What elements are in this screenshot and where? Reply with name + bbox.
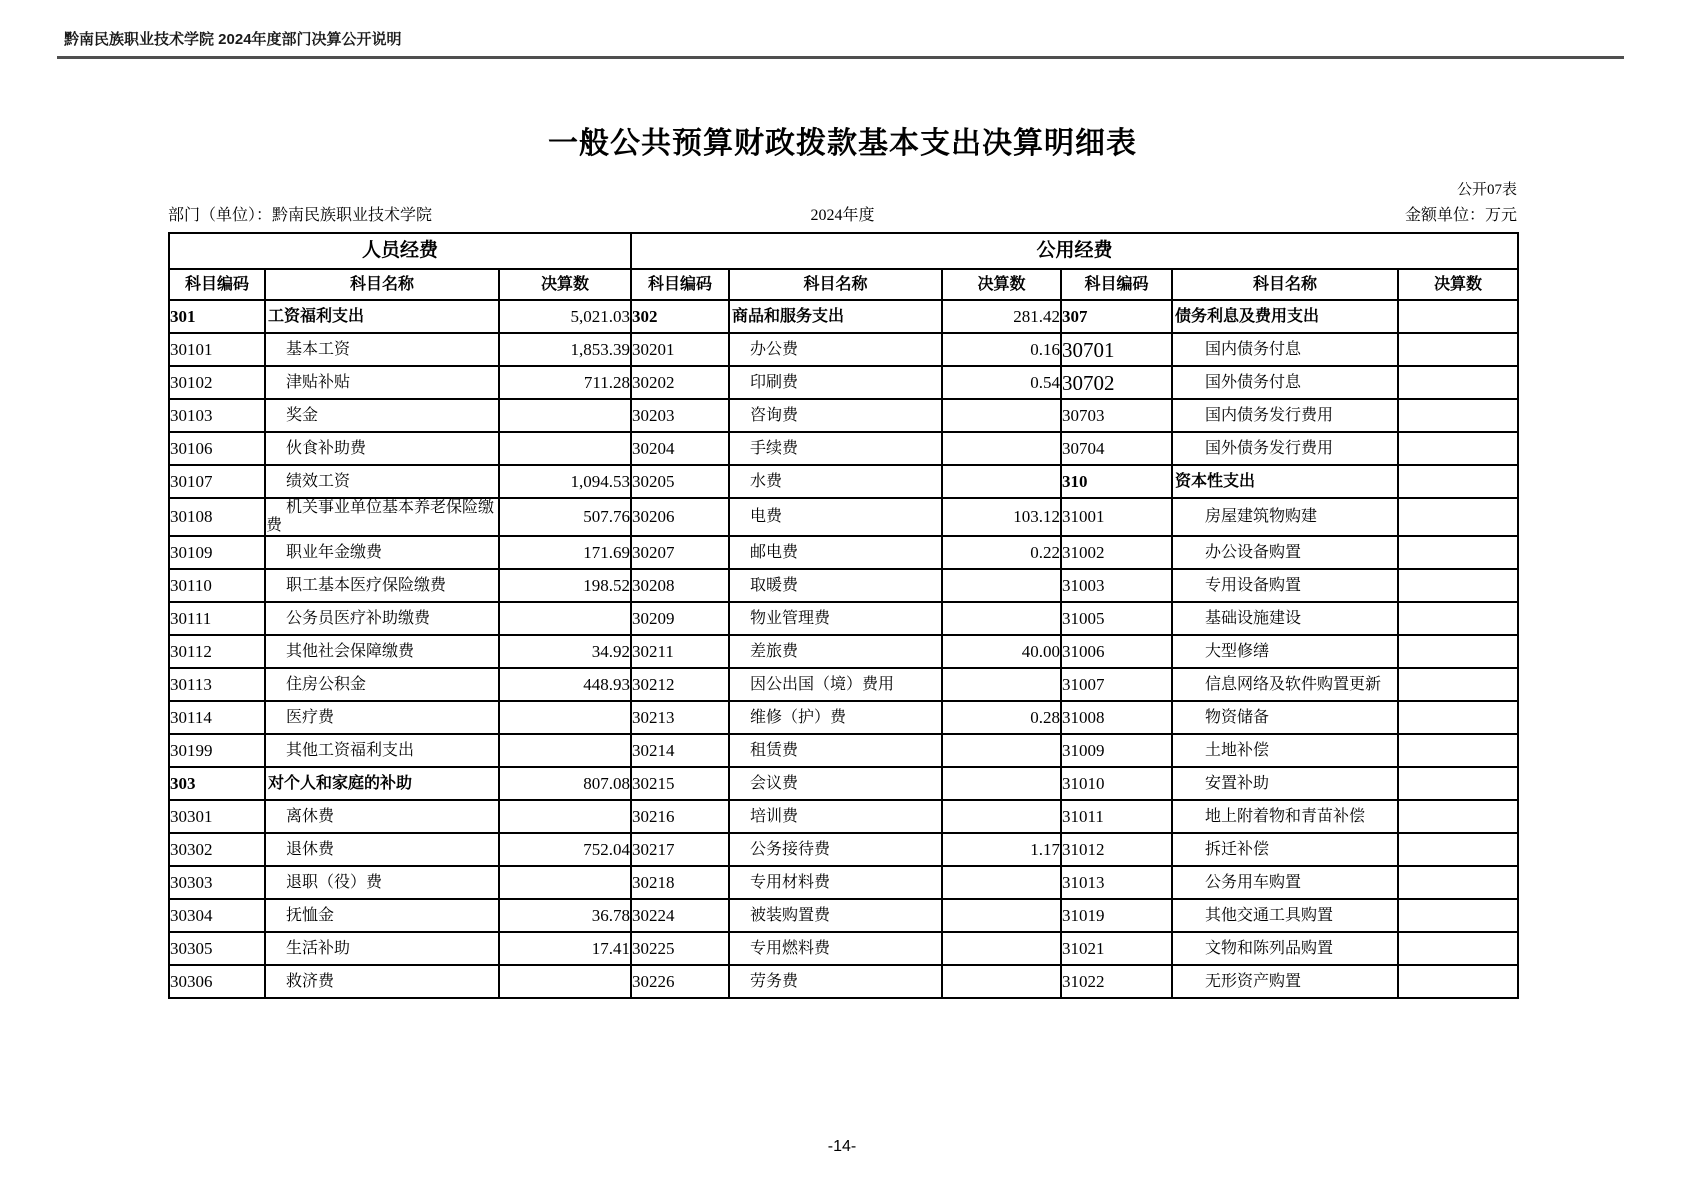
subject-name-cell: 邮电费 xyxy=(729,536,942,569)
amount-cell: 0.54 xyxy=(942,366,1061,399)
subject-code-cell: 301 xyxy=(169,300,265,333)
table-row: 30111公务员医疗补助缴费30209物业管理费31005基础设施建设 xyxy=(169,602,1518,635)
amount-cell xyxy=(942,668,1061,701)
subject-code-cell: 31021 xyxy=(1061,932,1172,965)
amount-cell: 17.41 xyxy=(499,932,631,965)
amount-cell xyxy=(1398,536,1518,569)
amount-cell: 507.76 xyxy=(499,498,631,536)
amount-cell xyxy=(499,734,631,767)
subject-code-cell: 30225 xyxy=(631,932,729,965)
column-header-code: 科目编码 xyxy=(1061,269,1172,300)
subject-code-cell: 30112 xyxy=(169,635,265,668)
subject-code-cell: 30201 xyxy=(631,333,729,366)
subject-name-cell: 文物和陈列品购置 xyxy=(1172,932,1398,965)
subject-name-cell: 物业管理费 xyxy=(729,602,942,635)
subject-name-cell: 无形资产购置 xyxy=(1172,965,1398,998)
amount-cell: 0.16 xyxy=(942,333,1061,366)
subject-name-cell: 基础设施建设 xyxy=(1172,602,1398,635)
amount-cell xyxy=(1398,635,1518,668)
column-header-name: 科目名称 xyxy=(729,269,942,300)
table-row: 30101基本工资1,853.3930201办公费0.1630701国内债务付息 xyxy=(169,333,1518,366)
amount-cell xyxy=(1398,399,1518,432)
amount-cell xyxy=(942,866,1061,899)
amount-cell: 752.04 xyxy=(499,833,631,866)
amount-cell xyxy=(942,800,1061,833)
subject-name-cell: 取暖费 xyxy=(729,569,942,602)
subject-name-cell: 退职（役）费 xyxy=(265,866,499,899)
subject-code-cell: 31005 xyxy=(1061,602,1172,635)
subject-name-cell: 物资储备 xyxy=(1172,701,1398,734)
column-header-amount: 决算数 xyxy=(499,269,631,300)
subject-name-cell: 公务用车购置 xyxy=(1172,866,1398,899)
column-header-code: 科目编码 xyxy=(631,269,729,300)
subject-code-cell: 310 xyxy=(1061,465,1172,498)
subject-code-cell: 31010 xyxy=(1061,767,1172,800)
subject-code-cell: 30214 xyxy=(631,734,729,767)
subject-code-cell: 30199 xyxy=(169,734,265,767)
amount-cell xyxy=(942,899,1061,932)
amount-cell xyxy=(1398,767,1518,800)
subject-name-cell: 咨询费 xyxy=(729,399,942,432)
table-row: 301工资福利支出5,021.03302商品和服务支出281.42307债务利息… xyxy=(169,300,1518,333)
subject-code-cell: 30114 xyxy=(169,701,265,734)
subject-name-cell: 国外债务付息 xyxy=(1172,366,1398,399)
amount-cell: 40.00 xyxy=(942,635,1061,668)
column-header-name: 科目名称 xyxy=(1172,269,1398,300)
amount-cell xyxy=(1398,465,1518,498)
subject-name-cell: 机关事业单位基本养老保险缴费 xyxy=(265,498,499,536)
amount-cell xyxy=(942,932,1061,965)
subject-code-cell: 30302 xyxy=(169,833,265,866)
amount-cell xyxy=(1398,498,1518,536)
subject-name-cell: 培训费 xyxy=(729,800,942,833)
subject-code-cell: 30203 xyxy=(631,399,729,432)
subject-code-cell: 30110 xyxy=(169,569,265,602)
subject-code-cell: 30303 xyxy=(169,866,265,899)
amount-cell xyxy=(1398,866,1518,899)
subject-name-cell: 基本工资 xyxy=(265,333,499,366)
amount-cell xyxy=(942,734,1061,767)
amount-cell xyxy=(499,432,631,465)
group-header-public: 公用经费 xyxy=(631,233,1518,269)
subject-name-cell: 医疗费 xyxy=(265,701,499,734)
amount-cell xyxy=(1398,932,1518,965)
amount-cell xyxy=(1398,668,1518,701)
amount-cell xyxy=(1398,734,1518,767)
amount-cell: 103.12 xyxy=(942,498,1061,536)
subject-name-cell: 绩效工资 xyxy=(265,465,499,498)
table-row: 30108机关事业单位基本养老保险缴费507.7630206电费103.1231… xyxy=(169,498,1518,536)
subject-name-cell: 水费 xyxy=(729,465,942,498)
group-header-personnel: 人员经费 xyxy=(169,233,631,269)
subject-code-cell: 31019 xyxy=(1061,899,1172,932)
table-row: 30302退休费752.0430217公务接待费1.1731012拆迁补偿 xyxy=(169,833,1518,866)
subject-code-cell: 31006 xyxy=(1061,635,1172,668)
subject-code-cell: 30103 xyxy=(169,399,265,432)
subject-code-cell: 30102 xyxy=(169,366,265,399)
subject-code-cell: 30209 xyxy=(631,602,729,635)
subject-code-cell: 30106 xyxy=(169,432,265,465)
subject-name-cell: 退休费 xyxy=(265,833,499,866)
subject-code-cell: 30204 xyxy=(631,432,729,465)
amount-cell xyxy=(1398,965,1518,998)
subject-name-cell: 其他社会保障缴费 xyxy=(265,635,499,668)
subject-name-cell: 拆迁补偿 xyxy=(1172,833,1398,866)
subject-code-cell: 31001 xyxy=(1061,498,1172,536)
subject-name-cell: 租赁费 xyxy=(729,734,942,767)
subject-code-cell: 30207 xyxy=(631,536,729,569)
subject-name-cell: 其他工资福利支出 xyxy=(265,734,499,767)
subject-code-cell: 30101 xyxy=(169,333,265,366)
subject-name-cell: 工资福利支出 xyxy=(265,300,499,333)
amount-cell: 281.42 xyxy=(942,300,1061,333)
subject-name-cell: 会议费 xyxy=(729,767,942,800)
amount-cell xyxy=(1398,899,1518,932)
subject-name-cell: 信息网络及软件购置更新 xyxy=(1172,668,1398,701)
amount-cell xyxy=(942,569,1061,602)
amount-cell: 1,094.53 xyxy=(499,465,631,498)
subject-code-cell: 31013 xyxy=(1061,866,1172,899)
table-row: 30113住房公积金448.9330212因公出国（境）费用31007信息网络及… xyxy=(169,668,1518,701)
subject-code-cell: 31007 xyxy=(1061,668,1172,701)
table-row: 30107绩效工资1,094.5330205水费310资本性支出 xyxy=(169,465,1518,498)
subject-name-cell: 地上附着物和青苗补偿 xyxy=(1172,800,1398,833)
subject-name-cell: 商品和服务支出 xyxy=(729,300,942,333)
page-header-note: 黔南民族职业技术学院 2024年度部门决算公开说明 xyxy=(64,28,402,49)
subject-code-cell: 30212 xyxy=(631,668,729,701)
subject-code-cell: 30113 xyxy=(169,668,265,701)
amount-cell xyxy=(1398,800,1518,833)
amount-cell xyxy=(1398,602,1518,635)
amount-cell xyxy=(1398,701,1518,734)
subject-code-cell: 30304 xyxy=(169,899,265,932)
subject-code-cell: 30215 xyxy=(631,767,729,800)
subject-name-cell: 职业年金缴费 xyxy=(265,536,499,569)
subject-code-cell: 30702 xyxy=(1061,366,1172,399)
subject-code-cell: 30109 xyxy=(169,536,265,569)
subject-name-cell: 办公费 xyxy=(729,333,942,366)
amount-cell: 807.08 xyxy=(499,767,631,800)
column-header-name: 科目名称 xyxy=(265,269,499,300)
table-row: 30304抚恤金36.7830224被装购置费31019其他交通工具购置 xyxy=(169,899,1518,932)
subject-name-cell: 被装购置费 xyxy=(729,899,942,932)
subject-code-cell: 30213 xyxy=(631,701,729,734)
amount-cell xyxy=(942,767,1061,800)
subject-code-cell: 31003 xyxy=(1061,569,1172,602)
amount-cell xyxy=(1398,569,1518,602)
subject-code-cell: 31022 xyxy=(1061,965,1172,998)
subject-code-cell: 30216 xyxy=(631,800,729,833)
table-row: 30106伙食补助费30204手续费30704国外债务发行费用 xyxy=(169,432,1518,465)
subject-code-cell: 30301 xyxy=(169,800,265,833)
amount-cell xyxy=(499,800,631,833)
subject-code-cell: 30205 xyxy=(631,465,729,498)
subject-code-cell: 30217 xyxy=(631,833,729,866)
subject-name-cell: 劳务费 xyxy=(729,965,942,998)
amount-cell xyxy=(499,701,631,734)
subject-code-cell: 31012 xyxy=(1061,833,1172,866)
amount-cell xyxy=(942,465,1061,498)
amount-cell: 36.78 xyxy=(499,899,631,932)
subject-name-cell: 生活补助 xyxy=(265,932,499,965)
subject-code-cell: 30701 xyxy=(1061,333,1172,366)
amount-cell: 198.52 xyxy=(499,569,631,602)
amount-cell xyxy=(1398,833,1518,866)
subject-name-cell: 手续费 xyxy=(729,432,942,465)
subject-code-cell: 31009 xyxy=(1061,734,1172,767)
amount-cell: 1,853.39 xyxy=(499,333,631,366)
column-header-code: 科目编码 xyxy=(169,269,265,300)
amount-cell xyxy=(1398,366,1518,399)
subject-code-cell: 30704 xyxy=(1061,432,1172,465)
subject-name-cell: 差旅费 xyxy=(729,635,942,668)
subject-name-cell: 专用燃料费 xyxy=(729,932,942,965)
subject-name-cell: 公务员医疗补助缴费 xyxy=(265,602,499,635)
table-row: 30112其他社会保障缴费34.9230211差旅费40.0031006大型修缮 xyxy=(169,635,1518,668)
subject-name-cell: 离休费 xyxy=(265,800,499,833)
table-row: 303对个人和家庭的补助807.0830215会议费31010安置补助 xyxy=(169,767,1518,800)
year-label: 2024年度 xyxy=(168,202,1517,225)
amount-cell xyxy=(499,399,631,432)
subject-code-cell: 30108 xyxy=(169,498,265,536)
subject-name-cell: 国内债务发行费用 xyxy=(1172,399,1398,432)
amount-cell: 34.92 xyxy=(499,635,631,668)
subject-name-cell: 对个人和家庭的补助 xyxy=(265,767,499,800)
subject-code-cell: 30206 xyxy=(631,498,729,536)
subject-name-cell: 电费 xyxy=(729,498,942,536)
group-header-row: 人员经费 公用经费 xyxy=(169,233,1518,269)
amount-cell xyxy=(942,399,1061,432)
subject-name-cell: 资本性支出 xyxy=(1172,465,1398,498)
subject-name-cell: 办公设备购置 xyxy=(1172,536,1398,569)
subject-name-cell: 住房公积金 xyxy=(265,668,499,701)
table-row: 30303退职（役）费30218专用材料费31013公务用车购置 xyxy=(169,866,1518,899)
amount-cell xyxy=(1398,432,1518,465)
amount-cell xyxy=(499,866,631,899)
subject-code-cell: 30107 xyxy=(169,465,265,498)
subject-code-cell: 302 xyxy=(631,300,729,333)
amount-cell xyxy=(1398,300,1518,333)
subject-name-cell: 国内债务付息 xyxy=(1172,333,1398,366)
amount-cell: 5,021.03 xyxy=(499,300,631,333)
subject-name-cell: 安置补助 xyxy=(1172,767,1398,800)
subject-code-cell: 30306 xyxy=(169,965,265,998)
subject-code-cell: 30111 xyxy=(169,602,265,635)
column-header-row: 科目编码科目名称决算数科目编码科目名称决算数科目编码科目名称决算数 xyxy=(169,269,1518,300)
subject-name-cell: 因公出国（境）费用 xyxy=(729,668,942,701)
table-row: 30110职工基本医疗保险缴费198.5230208取暖费31003专用设备购置 xyxy=(169,569,1518,602)
amount-cell xyxy=(942,965,1061,998)
subject-name-cell: 奖金 xyxy=(265,399,499,432)
subject-code-cell: 30218 xyxy=(631,866,729,899)
amount-cell: 0.28 xyxy=(942,701,1061,734)
amount-cell xyxy=(942,602,1061,635)
amount-cell xyxy=(942,432,1061,465)
column-header-amount: 决算数 xyxy=(942,269,1061,300)
subject-name-cell: 伙食补助费 xyxy=(265,432,499,465)
subject-name-cell: 救济费 xyxy=(265,965,499,998)
header-divider-rule xyxy=(57,56,1624,59)
subject-name-cell: 职工基本医疗保险缴费 xyxy=(265,569,499,602)
amount-cell: 711.28 xyxy=(499,366,631,399)
subject-code-cell: 303 xyxy=(169,767,265,800)
subject-name-cell: 公务接待费 xyxy=(729,833,942,866)
table-row: 30305生活补助17.4130225专用燃料费31021文物和陈列品购置 xyxy=(169,932,1518,965)
subject-name-cell: 国外债务发行费用 xyxy=(1172,432,1398,465)
unit-label: 金额单位：万元 xyxy=(1405,202,1517,225)
table-row: 30301离休费30216培训费31011地上附着物和青苗补偿 xyxy=(169,800,1518,833)
subject-name-cell: 其他交通工具购置 xyxy=(1172,899,1398,932)
table-row: 30103奖金30203咨询费30703国内债务发行费用 xyxy=(169,399,1518,432)
subject-name-cell: 津贴补贴 xyxy=(265,366,499,399)
subject-code-cell: 30226 xyxy=(631,965,729,998)
amount-cell: 171.69 xyxy=(499,536,631,569)
subject-name-cell: 印刷费 xyxy=(729,366,942,399)
subject-code-cell: 307 xyxy=(1061,300,1172,333)
subject-name-cell: 土地补偿 xyxy=(1172,734,1398,767)
subject-code-cell: 30224 xyxy=(631,899,729,932)
subject-name-cell: 房屋建筑物购建 xyxy=(1172,498,1398,536)
subject-code-cell: 30202 xyxy=(631,366,729,399)
amount-cell: 448.93 xyxy=(499,668,631,701)
subject-code-cell: 30703 xyxy=(1061,399,1172,432)
subject-code-cell: 31002 xyxy=(1061,536,1172,569)
table-row: 30199其他工资福利支出30214租赁费31009土地补偿 xyxy=(169,734,1518,767)
subject-code-cell: 31011 xyxy=(1061,800,1172,833)
amount-cell xyxy=(499,602,631,635)
budget-detail-table: 人员经费 公用经费 科目编码科目名称决算数科目编码科目名称决算数科目编码科目名称… xyxy=(168,232,1519,999)
page-number: -14- xyxy=(0,1138,1684,1156)
subject-code-cell: 30305 xyxy=(169,932,265,965)
subject-code-cell: 31008 xyxy=(1061,701,1172,734)
subject-code-cell: 30208 xyxy=(631,569,729,602)
subject-name-cell: 维修（护）费 xyxy=(729,701,942,734)
page-title: 一般公共预算财政拨款基本支出决算明细表 xyxy=(168,118,1517,162)
subject-name-cell: 大型修缮 xyxy=(1172,635,1398,668)
amount-cell xyxy=(499,965,631,998)
table-row: 30102津贴补贴711.2830202印刷费0.5430702国外债务付息 xyxy=(169,366,1518,399)
table-row: 30114医疗费30213维修（护）费0.2831008物资储备 xyxy=(169,701,1518,734)
subject-name-cell: 专用材料费 xyxy=(729,866,942,899)
subject-name-cell: 债务利息及费用支出 xyxy=(1172,300,1398,333)
table-code-label: 公开07表 xyxy=(168,178,1517,199)
table-row: 30109职业年金缴费171.6930207邮电费0.2231002办公设备购置 xyxy=(169,536,1518,569)
subject-name-cell: 专用设备购置 xyxy=(1172,569,1398,602)
table-row: 30306救济费30226劳务费31022无形资产购置 xyxy=(169,965,1518,998)
amount-cell xyxy=(1398,333,1518,366)
amount-cell: 1.17 xyxy=(942,833,1061,866)
amount-cell: 0.22 xyxy=(942,536,1061,569)
subject-code-cell: 30211 xyxy=(631,635,729,668)
subject-name-cell: 抚恤金 xyxy=(265,899,499,932)
column-header-amount: 决算数 xyxy=(1398,269,1518,300)
